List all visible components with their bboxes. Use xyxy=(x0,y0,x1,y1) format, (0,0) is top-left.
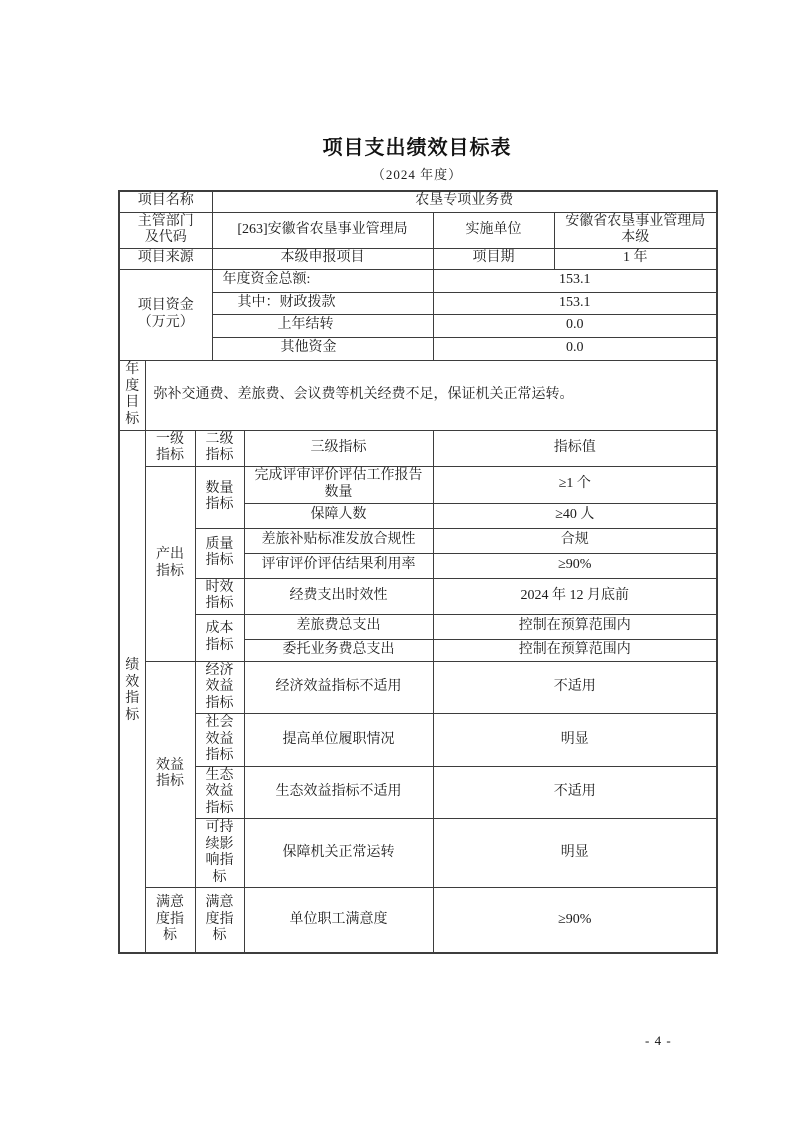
indicator-value-cell: 不适用 xyxy=(433,766,717,819)
level3-indicator-cell: 生态效益指标不适用 xyxy=(244,766,433,819)
dept-label-cell: 主管部门 及代码 xyxy=(119,212,212,248)
source-label-cell: 项目来源 xyxy=(119,248,212,269)
level2-indicator-cell: 社会 效益 指标 xyxy=(195,714,244,767)
project-name-label-cell: 项目名称 xyxy=(119,191,212,212)
level2-indicator-cell: 时效 指标 xyxy=(195,578,244,614)
period-value-cell: 1 年 xyxy=(554,248,717,269)
document-page: 项目支出绩效目标表 （2024 年度） 项目名称 农垦专项业务费 主管部门 及代… xyxy=(0,0,794,1123)
level3-indicator-cell: 评审评价评估结果利用率 xyxy=(244,553,433,578)
indicator-header-row: 绩 效 指 标 一级 指标 二级 指标 三级指标 指标值 xyxy=(119,430,717,466)
indicator-value-cell: ≥1 个 xyxy=(433,466,717,503)
page-subtitle: （2024 年度） xyxy=(118,164,716,183)
indicator-row: 质量 指标 差旅补贴标准发放合规性 合规 xyxy=(119,528,717,553)
indicator-value-cell: 明显 xyxy=(433,819,717,888)
funding-item-value: 0.0 xyxy=(433,337,717,360)
page-title: 项目支出绩效目标表 xyxy=(118,131,716,160)
indicator-value-cell: 不适用 xyxy=(433,661,717,714)
page-number: - 4 - xyxy=(645,1033,672,1049)
level2-indicator-cell: 生态 效益 指标 xyxy=(195,766,244,819)
level3-indicator-cell: 保障人数 xyxy=(244,503,433,528)
project-name-row: 项目名称 农垦专项业务费 xyxy=(119,191,717,212)
indicator-row: 时效 指标 经费支出时效性 2024 年 12 月底前 xyxy=(119,578,717,614)
level2-indicator-cell: 可持 续影 响指 标 xyxy=(195,819,244,888)
document-body: 项目支出绩效目标表 （2024 年度） 项目名称 农垦专项业务费 主管部门 及代… xyxy=(118,0,716,954)
level2-indicator-cell: 成本 指标 xyxy=(195,614,244,661)
level1-header-cell: 一级 指标 xyxy=(145,430,195,466)
level3-indicator-cell: 保障机关正常运转 xyxy=(244,819,433,888)
performance-indicator-side-label: 绩 效 指 标 xyxy=(119,430,145,953)
impl-unit-label-cell: 实施单位 xyxy=(433,212,554,248)
funding-row: 项目资金 （万元） 年度资金总额: 153.1 xyxy=(119,269,717,292)
funding-item-value: 153.1 xyxy=(433,269,717,292)
level2-indicator-cell: 满意 度指 标 xyxy=(195,888,244,953)
indicator-value-cell: ≥90% xyxy=(433,553,717,578)
indicator-value-cell: 控制在预算范围内 xyxy=(433,614,717,639)
dept-row: 主管部门 及代码 [263]安徽省农垦事业管理局 实施单位 安徽省农垦事业管理局… xyxy=(119,212,717,248)
level3-header-cell: 三级指标 xyxy=(244,430,433,466)
period-label-cell: 项目期 xyxy=(433,248,554,269)
level3-indicator-cell: 提高单位履职情况 xyxy=(244,714,433,767)
performance-target-table: 项目名称 农垦专项业务费 主管部门 及代码 [263]安徽省农垦事业管理局 实施… xyxy=(118,190,718,954)
indicator-value-cell: ≥40 人 xyxy=(433,503,717,528)
indicator-row: 满意 度指 标 满意 度指 标 单位职工满意度 ≥90% xyxy=(119,888,717,953)
funding-item-label: 上年结转 xyxy=(212,314,433,337)
indicator-value-cell: ≥90% xyxy=(433,888,717,953)
level2-header-cell: 二级 指标 xyxy=(195,430,244,466)
value-header-cell: 指标值 xyxy=(433,430,717,466)
indicator-row: 社会 效益 指标 提高单位履职情况 明显 xyxy=(119,714,717,767)
indicator-value-cell: 明显 xyxy=(433,714,717,767)
level1-indicator-cell: 效益 指标 xyxy=(145,661,195,888)
indicator-value-cell: 合规 xyxy=(433,528,717,553)
annual-goal-label-cell: 年 度 目 标 xyxy=(119,360,145,430)
funding-item-label: 其中：财政拨款 xyxy=(212,292,433,314)
funding-label-cell: 项目资金 （万元） xyxy=(119,269,212,360)
source-value-cell: 本级申报项目 xyxy=(212,248,433,269)
dept-value-cell: [263]安徽省农垦事业管理局 xyxy=(212,212,433,248)
indicator-row: 生态 效益 指标 生态效益指标不适用 不适用 xyxy=(119,766,717,819)
funding-item-label: 其他资金 xyxy=(212,337,433,360)
indicator-row: 效益 指标 经济 效益 指标 经济效益指标不适用 不适用 xyxy=(119,661,717,714)
level2-indicator-cell: 数量 指标 xyxy=(195,466,244,528)
level1-indicator-cell: 产出 指标 xyxy=(145,466,195,661)
funding-item-value: 153.1 xyxy=(433,292,717,314)
source-row: 项目来源 本级申报项目 项目期 1 年 xyxy=(119,248,717,269)
level3-indicator-cell: 单位职工满意度 xyxy=(244,888,433,953)
indicator-value-cell: 控制在预算范围内 xyxy=(433,639,717,661)
level3-indicator-cell: 完成评审评价评估工作报告 数量 xyxy=(244,466,433,503)
indicator-value-cell: 2024 年 12 月底前 xyxy=(433,578,717,614)
indicator-row: 产出 指标 数量 指标 完成评审评价评估工作报告 数量 ≥1 个 xyxy=(119,466,717,503)
indicator-row: 可持 续影 响指 标 保障机关正常运转 明显 xyxy=(119,819,717,888)
level2-indicator-cell: 质量 指标 xyxy=(195,528,244,578)
level3-indicator-cell: 委托业务费总支出 xyxy=(244,639,433,661)
funding-item-label: 年度资金总额: xyxy=(212,269,433,292)
funding-item-value: 0.0 xyxy=(433,314,717,337)
project-name-value-cell: 农垦专项业务费 xyxy=(212,191,717,212)
level2-indicator-cell: 经济 效益 指标 xyxy=(195,661,244,714)
indicator-row: 成本 指标 差旅费总支出 控制在预算范围内 xyxy=(119,614,717,639)
annual-goal-text-cell: 弥补交通费、差旅费、会议费等机关经费不足，保证机关正常运转。 xyxy=(145,360,717,430)
level3-indicator-cell: 差旅费总支出 xyxy=(244,614,433,639)
level3-indicator-cell: 经济效益指标不适用 xyxy=(244,661,433,714)
level1-indicator-cell: 满意 度指 标 xyxy=(145,888,195,953)
level3-indicator-cell: 差旅补贴标准发放合规性 xyxy=(244,528,433,553)
level3-indicator-cell: 经费支出时效性 xyxy=(244,578,433,614)
impl-unit-value-cell: 安徽省农垦事业管理局 本级 xyxy=(554,212,717,248)
annual-goal-row: 年 度 目 标 弥补交通费、差旅费、会议费等机关经费不足，保证机关正常运转。 xyxy=(119,360,717,430)
